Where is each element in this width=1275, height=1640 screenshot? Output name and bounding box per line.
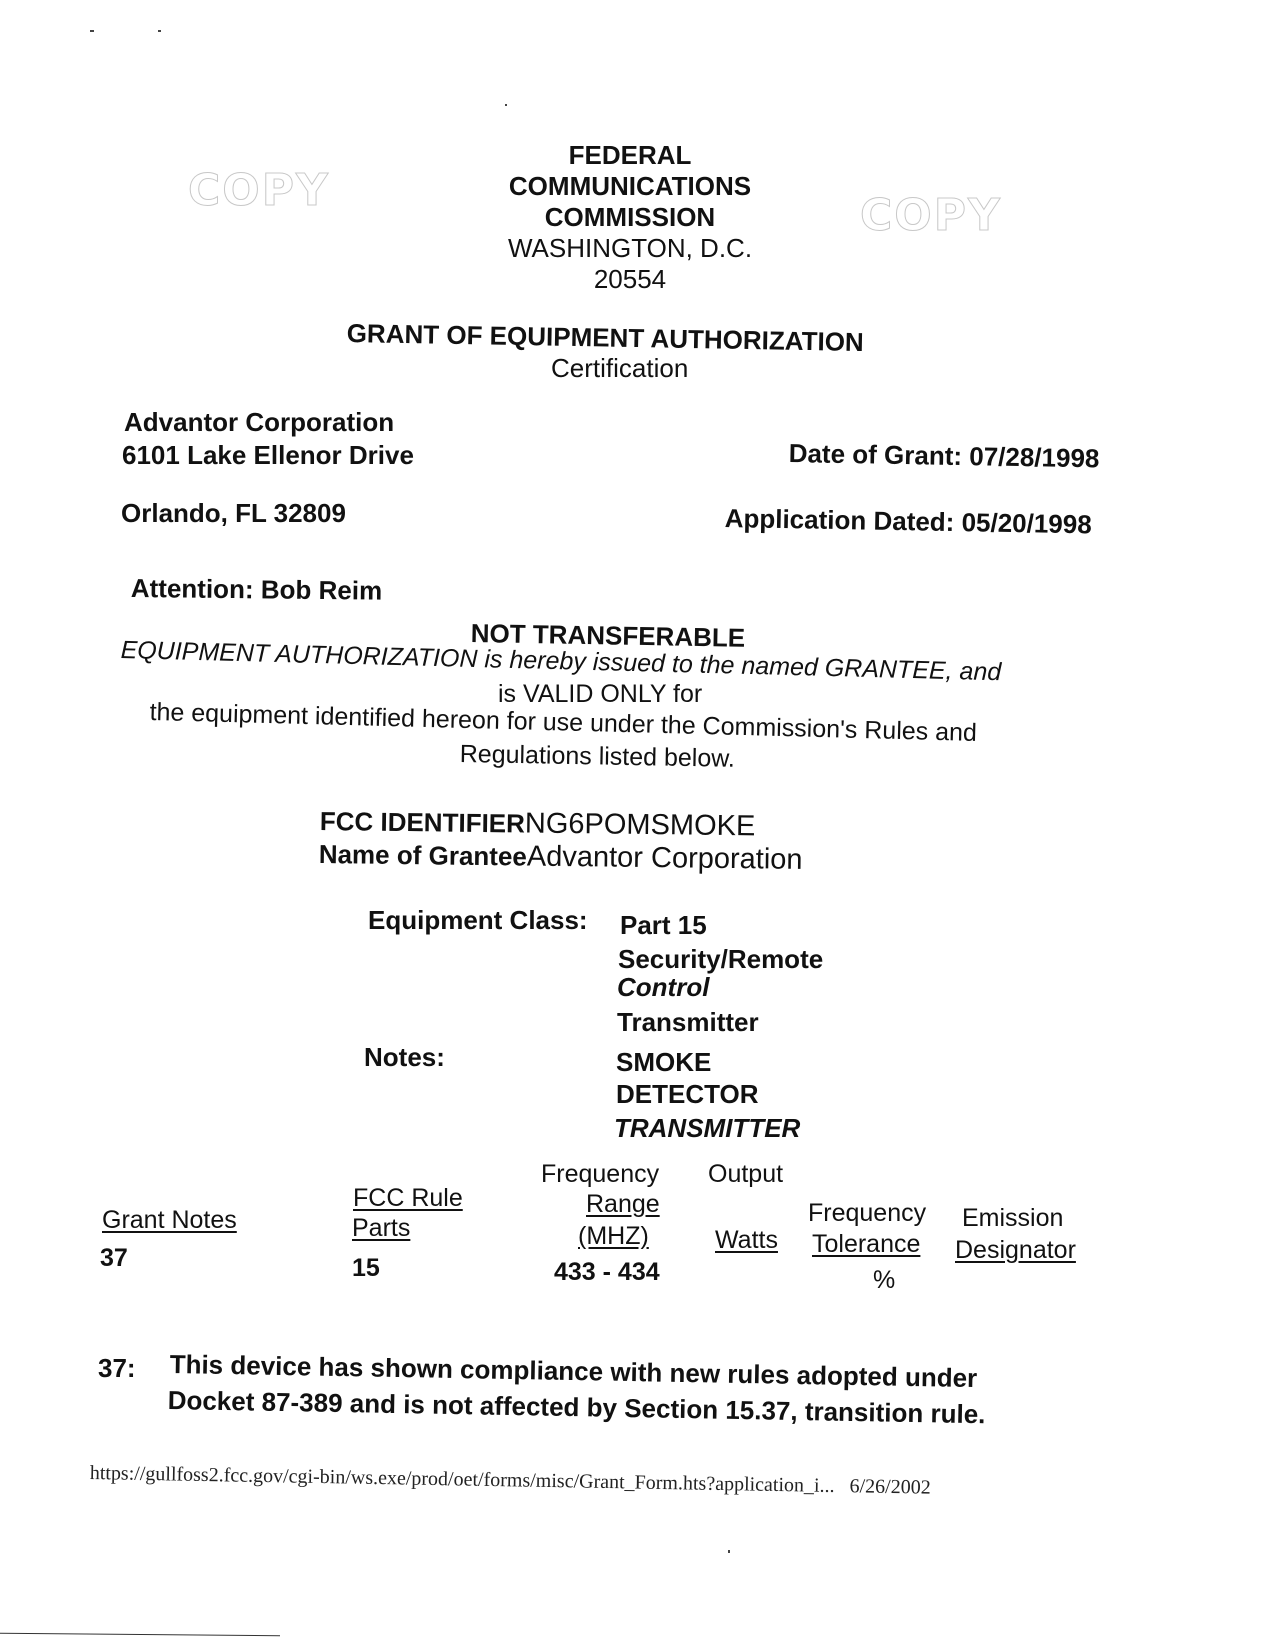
grantee-street: 6101 Lake Ellenor Drive	[122, 440, 414, 471]
cell-grant-notes: 37	[100, 1244, 128, 1273]
scan-speck	[158, 30, 161, 32]
col-header-tolerance-1: Frequency	[808, 1199, 926, 1228]
page-footer: https://gullfoss2.fcc.gov/cgi-bin/ws.exe…	[90, 1462, 931, 1500]
date-of-grant-value: 07/28/1998	[969, 441, 1100, 473]
attention-value: Bob Reim	[261, 574, 383, 605]
grantee-name-row: Name of GranteeAdvantor Corporation	[319, 838, 803, 877]
equipment-class-line-2: Security/Remote	[618, 944, 823, 975]
notes-line-1: SMOKE	[616, 1047, 711, 1078]
notes-label: Notes:	[364, 1042, 445, 1073]
fcc-identifier-row: FCC IDENTIFIERNG6POMSMOKE	[320, 805, 756, 843]
scan-speck	[505, 104, 507, 106]
cell-rule-parts: 15	[352, 1254, 380, 1283]
transfer-line-4: Regulations listed below.	[459, 740, 735, 774]
application-dated: Application Dated: 05/20/1998	[724, 503, 1092, 540]
grantee-name: Advantor Corporation	[124, 407, 394, 438]
copy-stamp-left: COPY	[188, 165, 330, 216]
agency-city: WASHINGTON, D.C.	[440, 233, 820, 264]
date-of-grant-label: Date of Grant:	[788, 438, 962, 471]
agency-line-2: COMMUNICATIONS	[440, 171, 820, 202]
grantee-name-label: Name of Grantee	[319, 839, 527, 872]
application-dated-label: Application Dated:	[724, 503, 954, 537]
equipment-class-line-4: Transmitter	[617, 1007, 759, 1038]
cell-tolerance: %	[873, 1266, 895, 1295]
agency-zip: 20554	[440, 264, 820, 295]
col-header-grant-notes: Grant Notes	[102, 1206, 237, 1235]
grantee-name-value: Advantor Corporation	[527, 841, 803, 876]
col-header-emission-1: Emission	[962, 1204, 1063, 1233]
grantee-city: Orlando, FL 32809	[121, 498, 346, 529]
cell-frequency-range: 433 - 434	[554, 1258, 660, 1287]
col-header-frequency-range-3: (MHZ)	[578, 1222, 649, 1251]
footer-url: https://gullfoss2.fcc.gov/cgi-bin/ws.exe…	[90, 1462, 835, 1497]
col-header-rule-parts-1: FCC Rule	[353, 1184, 463, 1213]
col-header-rule-parts-2: Parts	[352, 1214, 410, 1243]
fcc-identifier-value: NG6POMSMOKE	[525, 808, 756, 843]
scan-edge-line	[0, 1633, 280, 1636]
col-header-output-1: Output	[708, 1160, 783, 1189]
scan-speck	[728, 1550, 730, 1553]
equipment-class-label: Equipment Class:	[368, 905, 588, 936]
col-header-frequency-range-1: Frequency	[541, 1160, 659, 1189]
col-header-tolerance-2: Tolerance	[812, 1230, 920, 1259]
copy-stamp-right: COPY	[860, 190, 1002, 241]
col-header-output-2: Watts	[715, 1226, 778, 1255]
notes-line-3: TRANSMITTER	[614, 1113, 800, 1144]
agency-line-1: FEDERAL	[440, 140, 820, 171]
fcc-identifier-label: FCC IDENTIFIER	[320, 806, 525, 839]
scan-speck	[90, 30, 94, 32]
equipment-class-line-1: Part 15	[620, 910, 707, 941]
footer-date: 6/26/2002	[849, 1475, 930, 1498]
date-of-grant: Date of Grant: 07/28/1998	[788, 438, 1099, 474]
application-dated-value: 05/20/1998	[961, 507, 1092, 539]
transfer-line-2: is VALID ONLY for	[498, 680, 702, 709]
attention-line: Attention: Bob Reim	[131, 573, 383, 607]
equipment-class-line-3: Control	[617, 972, 709, 1003]
grant-note-number: 37:	[98, 1352, 136, 1385]
col-header-emission-2: Designator	[955, 1236, 1076, 1265]
notes-line-2: DETECTOR	[616, 1079, 759, 1110]
attention-label: Attention:	[131, 573, 254, 604]
col-header-frequency-range-2: Range	[586, 1190, 660, 1219]
transfer-line-1-italic: EQUIPMENT AUTHORIZATION	[120, 636, 478, 673]
document-subtitle: Certification	[551, 353, 688, 384]
agency-line-3: COMMISSION	[440, 202, 820, 233]
agency-header: FEDERAL COMMUNICATIONS COMMISSION WASHIN…	[440, 140, 820, 295]
